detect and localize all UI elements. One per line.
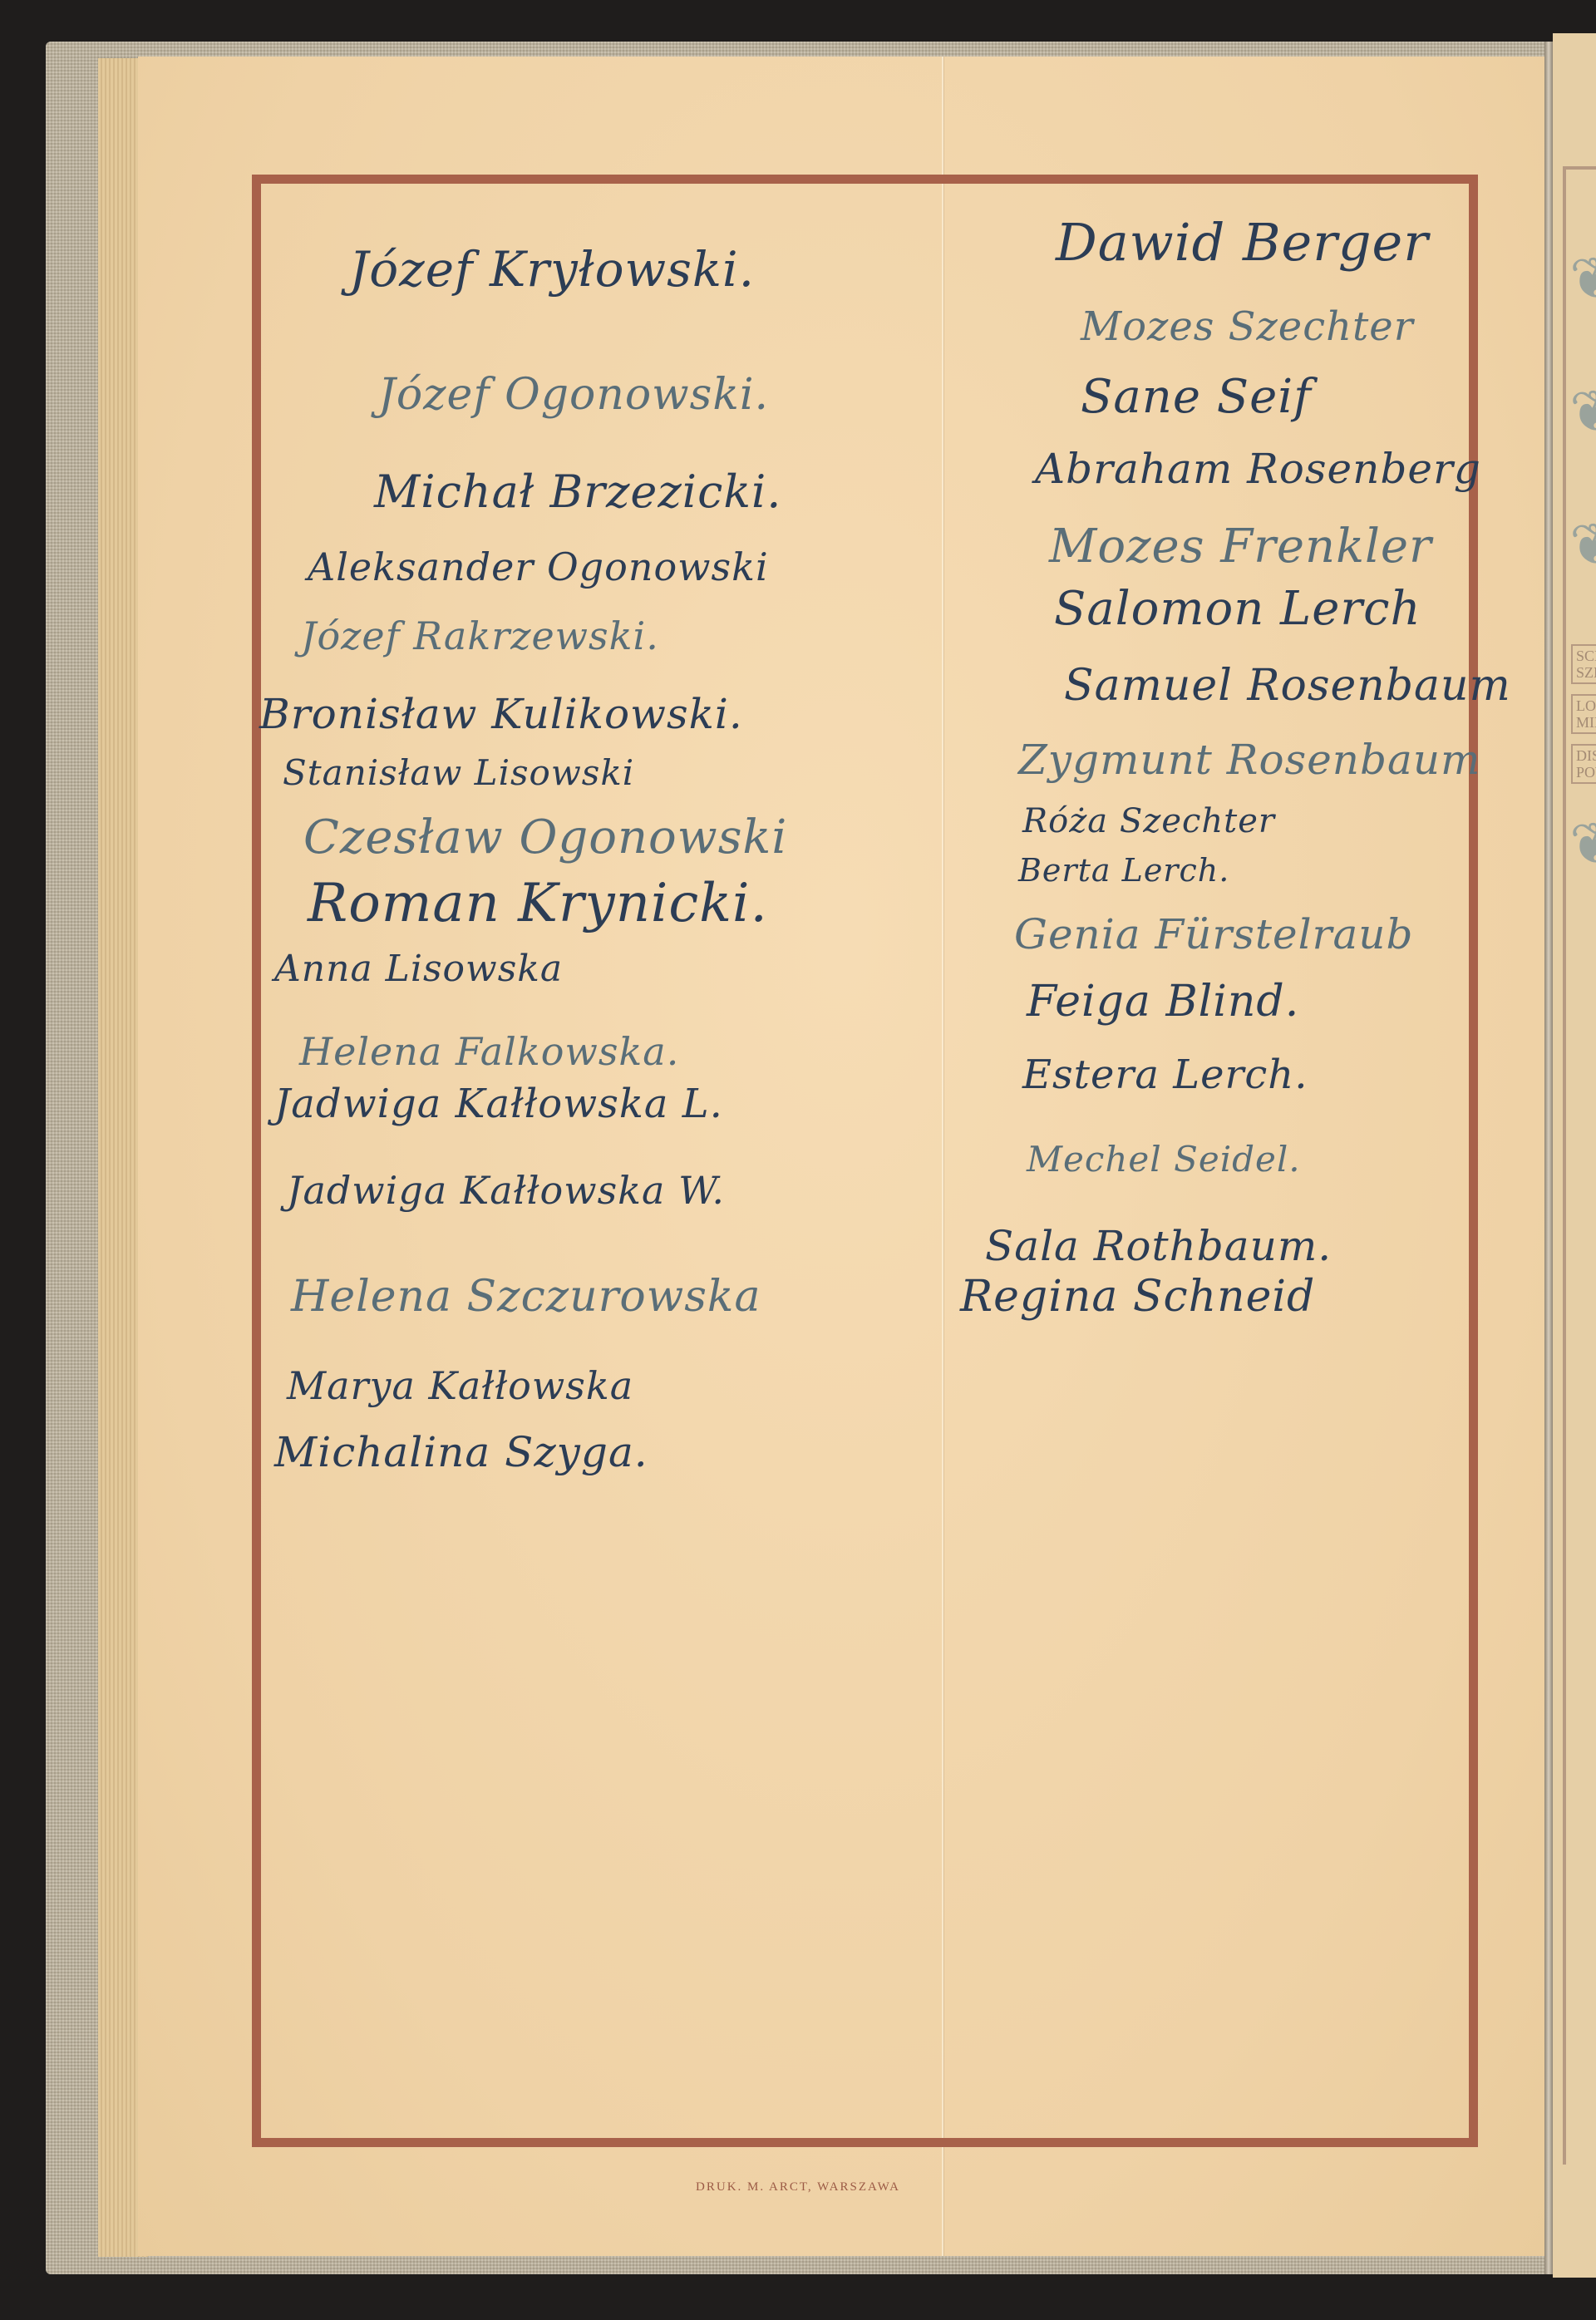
art-nouveau-ornament-icon: ❦ (1569, 515, 1596, 574)
signature: Sala Rothbaum. (985, 1222, 1332, 1270)
signature: Dawid Berger (1056, 212, 1429, 273)
signature: Marya Kałłowska (287, 1363, 633, 1408)
signature: Mechel Seidel. (1027, 1139, 1301, 1180)
signature: Salomon Lerch (1054, 582, 1421, 636)
signature: Zygmunt Rosenbaum (1018, 736, 1480, 784)
adjacent-label-district: DIST POW (1571, 744, 1596, 784)
signature: Bronisław Kulikowski. (259, 690, 743, 738)
book-spine-gutter (1544, 42, 1553, 2274)
signature: Jadwiga Kałłowska L. (274, 1081, 723, 1127)
adjacent-label-school: SCHO SZKO (1571, 644, 1596, 684)
signature: Estera Lerch. (1022, 1052, 1308, 1098)
signature: Józef Ogonowski. (378, 370, 769, 420)
adjacent-page-border (1563, 166, 1596, 2165)
signature: Abraham Rosenberg (1035, 445, 1481, 493)
signature: Feiga Blind. (1027, 977, 1299, 1027)
adjacent-label-locality: LOC MIE (1571, 694, 1596, 734)
signature: Józef Rakrzewski. (301, 613, 659, 658)
signature: Michał Brzezicki. (374, 465, 781, 518)
signature: Stanisław Lisowski (283, 752, 634, 793)
signature: Samuel Rosenbaum (1064, 661, 1511, 711)
signature: Roman Krynicki. (308, 873, 768, 934)
signature: Józef Kryłowski. (349, 241, 755, 298)
art-nouveau-ornament-icon: ❦ (1569, 382, 1596, 441)
signature: Berta Lerch. (1018, 852, 1229, 889)
signature: Anna Lisowska (274, 948, 563, 990)
signature: Helena Szczurowska (291, 1272, 761, 1322)
signature: Helena Falkowska. (299, 1029, 679, 1074)
printer-mark: DRUK. M. ARCT, WARSZAWA (0, 2180, 1596, 2194)
signature: Aleksander Ogonowski (308, 544, 769, 589)
signature: Genia Fürstelraub (1014, 910, 1413, 958)
art-nouveau-ornament-icon: ❦ (1569, 249, 1596, 308)
signature: Mozes Frenkler (1049, 520, 1432, 574)
art-nouveau-ornament-icon: ❦ (1569, 815, 1596, 873)
signature: Czesław Ogonowski (303, 810, 787, 864)
signature: Regina Schneid (960, 1272, 1315, 1322)
signature: Michalina Szyga. (274, 1428, 648, 1476)
signature: Jadwiga Kałłowska W. (287, 1168, 725, 1213)
signature: Róża Szechter (1022, 802, 1275, 840)
signature: Mozes Szechter (1081, 303, 1414, 350)
signature: Sane Seif (1081, 370, 1312, 424)
